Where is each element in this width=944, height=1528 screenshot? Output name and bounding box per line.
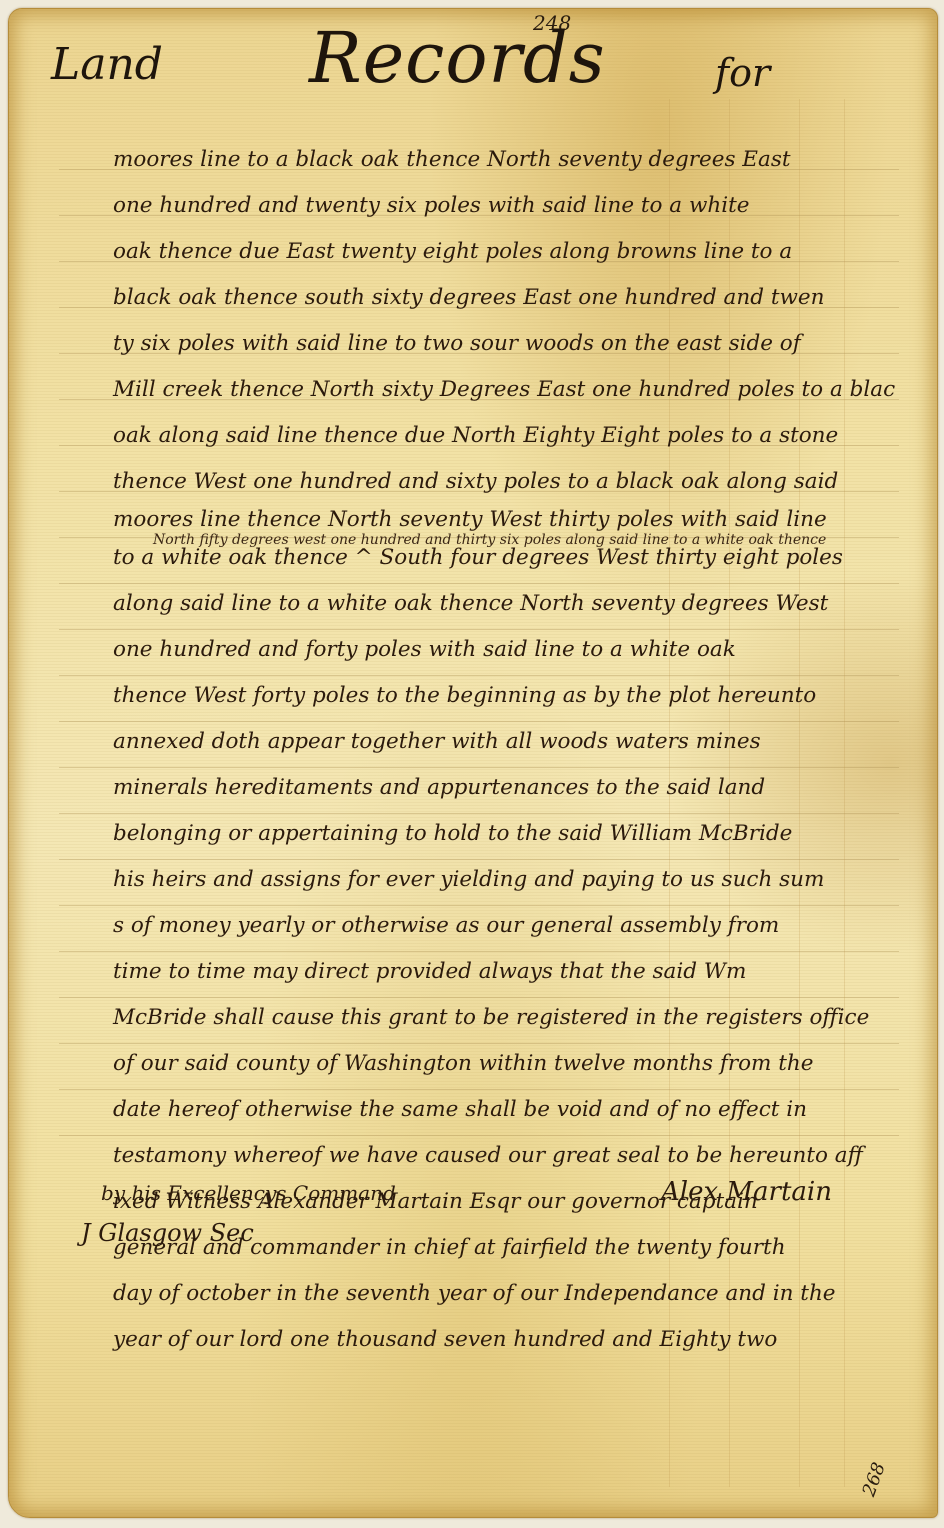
text-line: ty six poles with said line to two sour … [113,321,943,367]
text-line: Mill creek thence North sixty Degrees Ea… [113,367,943,413]
secretary-signature: J Glasgow Sec [81,1219,254,1247]
document-page: 248 Land Records for moores line to a bl… [8,8,938,1518]
text-line: thence West one hundred and sixty poles … [113,459,943,505]
text-line: minerals hereditaments and appurtenances… [113,765,943,811]
header-word-for: for [715,51,770,95]
text-line: time to time may direct provided always … [113,949,943,995]
text-line: one hundred and twenty six poles with sa… [113,183,943,229]
text-line: oak along said line thence due North Eig… [113,413,943,459]
text-line: his heirs and assigns for ever yielding … [113,857,943,903]
text-line: date hereof otherwise the same shall be … [113,1087,943,1133]
page-number-bottom: 268 [858,1460,889,1499]
text-line: moores line to a black oak thence North … [113,137,943,183]
text-line: annexed doth appear together with all wo… [113,719,943,765]
text-line: of our said county of Washington within … [113,1041,943,1087]
text-line: testamony whereof we have caused our gre… [113,1133,943,1179]
text-line: belonging or appertaining to hold to the… [113,811,943,857]
text-line: s of money yearly or otherwise as our ge… [113,903,943,949]
governor-signature: Alex Martain [661,1177,832,1207]
header-word-records: Records [309,17,606,99]
text-line: along said line to a white oak thence No… [113,581,943,627]
header-word-land: Land [51,39,163,90]
text-line: day of october in the seventh year of ou… [113,1271,943,1317]
text-line: year of our lord one thousand seven hund… [113,1317,943,1363]
text-line: thence West forty poles to the beginning… [113,673,943,719]
interlined-insertion: North fifty degrees west one hundred and… [153,517,826,563]
text-line-with-insertion: North fifty degrees west one hundred and… [113,535,943,581]
scan-background: 248 Land Records for moores line to a bl… [0,0,944,1528]
text-line: oak thence due East twenty eight poles a… [113,229,943,275]
text-line: McBride shall cause this grant to be reg… [113,995,943,1041]
text-line: black oak thence south sixty degrees Eas… [113,275,943,321]
page-header: 248 Land Records for [9,9,937,119]
text-line: one hundred and forty poles with said li… [113,627,943,673]
by-command-line: by his Excellencys Command [101,1181,396,1205]
